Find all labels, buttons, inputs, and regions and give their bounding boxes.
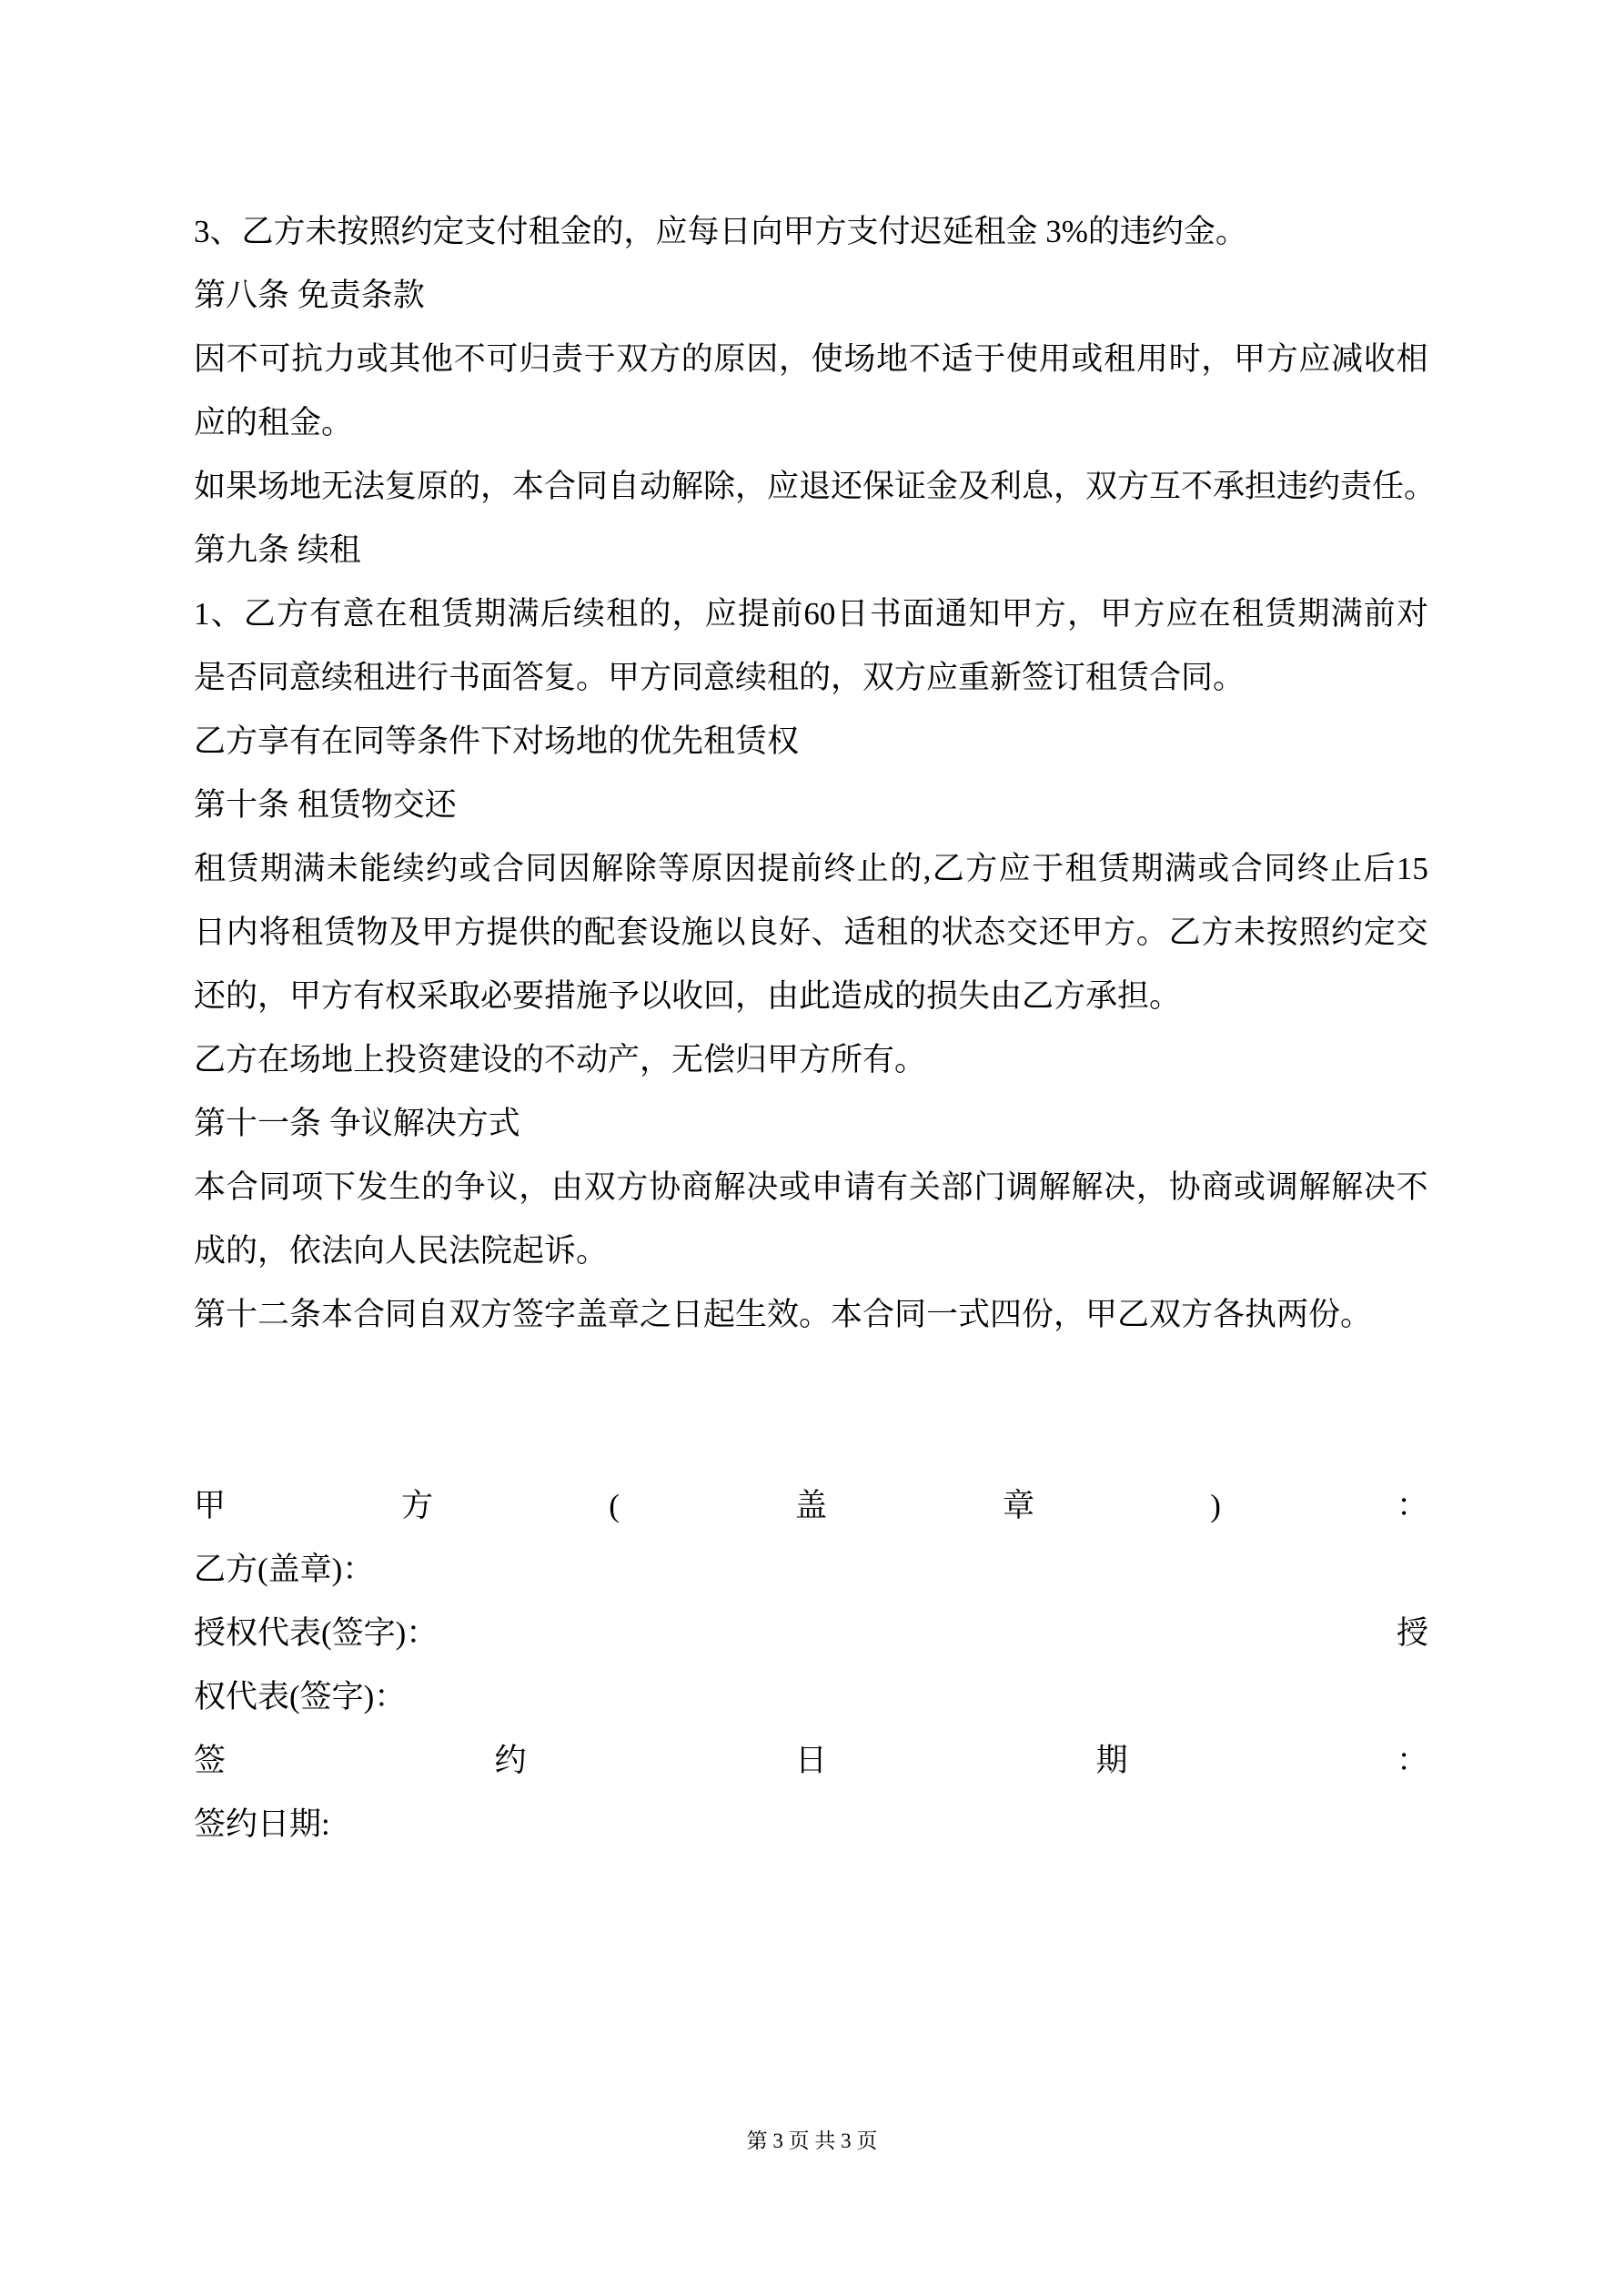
line-token: 对	[1397, 582, 1428, 646]
line-token: 商	[1201, 1156, 1233, 1219]
line-token: 方	[1104, 901, 1135, 965]
line-token: 还	[1039, 901, 1071, 965]
document-line: 应的租金。	[194, 391, 1428, 455]
line-token: 关	[909, 1156, 941, 1219]
line-token: 约	[494, 1729, 526, 1793]
line-token: 1	[194, 582, 210, 646]
line-token: 应	[705, 582, 737, 646]
line-token: 期	[1131, 837, 1163, 901]
line-token: 提	[738, 582, 770, 646]
line-token: 方	[1266, 328, 1298, 391]
line-token: 良	[746, 901, 778, 965]
line-token: 争	[454, 1156, 486, 1219]
document-line: 1、乙方有意在租赁期满后续租的，应提前60日书面通知甲方，甲方应在租赁期满前对	[194, 582, 1428, 646]
document-line: 乙方享有在同等条件下对场地的优先租赁权	[194, 710, 1428, 774]
document-line: 日内将租赁物及甲方提供的配套设施以良好、适租的状态交还甲方。乙方未按照约定交	[194, 901, 1428, 965]
line-token: 。	[1136, 901, 1168, 965]
line-token: 甲	[1071, 901, 1103, 965]
line-token: 协	[1169, 1156, 1201, 1219]
line-token: 交	[1006, 901, 1038, 965]
line-token: 门	[973, 1156, 1005, 1219]
line-token: 授	[1397, 1602, 1428, 1665]
line-token: 配	[584, 901, 616, 965]
line-token: 除	[625, 837, 657, 901]
line-token: 或	[779, 1156, 811, 1219]
line-token: 或	[1197, 837, 1229, 901]
document-line: 第十一条 争议解决方式	[194, 1092, 1428, 1156]
line-token: 在	[1199, 582, 1231, 646]
line-token: 授权代表(签字)：	[194, 1602, 438, 1665]
line-token: 在	[376, 582, 408, 646]
line-token: 盖	[795, 1474, 827, 1538]
line-token: 同	[525, 837, 557, 901]
line-token: 租	[876, 901, 908, 965]
line-token: 赁	[1098, 837, 1130, 901]
line-token: 或	[1234, 1156, 1266, 1219]
line-token: 满	[1331, 582, 1363, 646]
line-token: 书	[870, 582, 902, 646]
line-token: 约	[426, 837, 458, 901]
line-token: 态	[973, 901, 1005, 965]
line-token: 的	[909, 901, 941, 965]
line-token: ，	[519, 1156, 550, 1219]
document-line: 第十条 租赁物交还	[194, 774, 1428, 837]
line-token: 减	[1331, 328, 1363, 391]
document-line: 因不可抗力或其他不可归责于双方的原因，使场地不适于使用或租用时，甲方应减收相	[194, 328, 1428, 391]
line-token: 方	[616, 1156, 648, 1219]
line-token: 因	[746, 328, 778, 391]
line-token: 章	[1003, 1474, 1034, 1538]
line-token: 日	[837, 582, 869, 646]
line-token: 内	[227, 901, 258, 965]
line-token: 力	[324, 328, 356, 391]
line-token: 或	[1071, 328, 1103, 391]
line-token: 双	[616, 328, 648, 391]
document-line: 第十二条本合同自双方签字盖章之日起生效。本合同一式四份，甲乙双方各执两份。	[194, 1283, 1428, 1347]
document-line: 乙方(盖章)：	[194, 1538, 1428, 1602]
line-token: 决	[1364, 1156, 1396, 1219]
line-token: 能	[359, 837, 391, 901]
line-token: 期	[1297, 582, 1329, 646]
page-footer: 第 3 页 共 3 页	[0, 2128, 1624, 2155]
line-token: 解	[1331, 1156, 1363, 1219]
line-token: 签	[194, 1729, 226, 1793]
line-token: 满	[293, 837, 325, 901]
document-line: 还的，甲方有权采取必要措施予以收回，由此造成的损失由乙方承担。	[194, 965, 1428, 1028]
line-token: 应	[999, 837, 1031, 901]
line-token: 因	[724, 837, 756, 901]
line-token: 赁	[1265, 582, 1296, 646]
line-token: 商	[681, 1156, 713, 1219]
line-token: 赁	[227, 837, 258, 901]
document-line: 如果场地无法复原的，本合同自动解除，应退还保证金及利息，双方互不承担违约责任。	[194, 455, 1428, 519]
line-token: 同	[1264, 837, 1296, 901]
line-token: 合	[227, 1156, 258, 1219]
line-token: 可	[258, 328, 290, 391]
line-token: 合	[492, 837, 524, 901]
line-token: 等	[658, 837, 690, 901]
line-token: 甲	[194, 1474, 226, 1538]
line-token: 因	[559, 837, 590, 901]
line-token: 不	[909, 328, 941, 391]
document-line: 授权代表(签字)：授	[194, 1602, 1428, 1665]
line-token: 乙	[1169, 901, 1201, 965]
line-token: 适	[843, 901, 875, 965]
line-token: 后	[1363, 837, 1395, 901]
line-token: 15	[1397, 837, 1428, 901]
line-token: ,	[923, 837, 932, 901]
line-token: 好	[779, 901, 811, 965]
line-token: 满	[508, 582, 540, 646]
line-token: ，	[779, 328, 811, 391]
document-line: 签约日期：	[194, 1729, 1428, 1793]
line-token: 乙	[244, 582, 276, 646]
line-token: 60	[803, 582, 835, 646]
line-token: 本	[194, 1156, 226, 1219]
line-token: 乙	[933, 837, 964, 901]
line-token: 续	[393, 837, 425, 901]
line-token: 前	[791, 837, 822, 901]
line-token: 申	[812, 1156, 843, 1219]
line-token: 物	[357, 901, 388, 965]
document-line: 本合同项下发生的争议，由双方协商解决或申请有关部门调解解决，协商或调解解决不	[194, 1156, 1428, 1219]
line-token: 及	[388, 901, 420, 965]
line-token: 面	[903, 582, 934, 646]
blank-line	[194, 1347, 1428, 1411]
line-token: 的	[890, 837, 922, 901]
line-token: 合	[1231, 837, 1263, 901]
line-token: 设	[649, 901, 681, 965]
line-token: 租	[606, 582, 638, 646]
line-token: 发	[357, 1156, 388, 1219]
line-token: 下	[324, 1156, 356, 1219]
line-token: 、	[812, 901, 843, 965]
line-token: 、	[211, 582, 243, 646]
line-token: 赁	[324, 901, 356, 965]
document-line: 是否同意续租进行书面答复。甲方同意续租的，双方应重新签订租赁合同。	[194, 646, 1428, 710]
line-token: 期	[260, 837, 292, 901]
line-token: ，	[672, 582, 704, 646]
document-line: 第九条 续租	[194, 519, 1428, 582]
line-token: 请	[843, 1156, 875, 1219]
line-token: 方	[1201, 901, 1233, 965]
line-token: 或	[357, 328, 388, 391]
line-token: 相	[1397, 328, 1428, 391]
line-token: 他	[421, 328, 453, 391]
line-token: 的	[639, 582, 671, 646]
line-token: 甲	[1234, 328, 1266, 391]
document-line: 3、乙方未按照约定支付租金的，应每日向甲方支付迟延租金 3%的违约金。	[194, 200, 1428, 264]
line-token: 议	[486, 1156, 518, 1219]
line-token: 决	[746, 1156, 778, 1219]
line-token: 套	[616, 901, 648, 965]
line-token: 施	[681, 901, 713, 965]
document-line: 成的，依法向人民法院起诉。	[194, 1219, 1428, 1283]
line-token: 解	[1071, 1156, 1103, 1219]
line-token: 调	[1266, 1156, 1298, 1219]
line-token: 租	[409, 582, 440, 646]
line-token: 场	[843, 328, 875, 391]
document-line: 乙方在场地上投资建设的不动产，无偿归甲方所有。	[194, 1028, 1428, 1092]
line-token: 将	[258, 901, 290, 965]
line-token: 解	[714, 1156, 746, 1219]
line-token: 于	[973, 328, 1005, 391]
line-token: 知	[968, 582, 1000, 646]
line-token: 意	[343, 582, 375, 646]
line-token: 双	[584, 1156, 616, 1219]
line-token: ：	[1397, 1729, 1428, 1793]
document-line: 甲方(盖章)：	[194, 1474, 1428, 1538]
line-token: 前	[771, 582, 802, 646]
line-token: 的	[681, 328, 713, 391]
line-token: 方	[277, 582, 308, 646]
line-token: 满	[1165, 837, 1196, 901]
line-token: 以	[714, 901, 746, 965]
line-token: 不	[454, 328, 486, 391]
line-token: 期	[474, 582, 506, 646]
line-token: 归	[519, 328, 550, 391]
line-token: 原	[714, 328, 746, 391]
line-token: 租	[194, 837, 226, 901]
line-token: 方	[649, 328, 681, 391]
line-token: 或	[459, 837, 491, 901]
line-token: 提	[757, 837, 789, 901]
line-token: 方	[1133, 582, 1165, 646]
line-token: 决	[1104, 1156, 1135, 1219]
line-token: 应	[1166, 582, 1198, 646]
line-token: 止	[857, 837, 889, 901]
line-token: 使	[812, 328, 843, 391]
line-token: 照	[1298, 901, 1330, 965]
line-token: (	[609, 1474, 620, 1538]
line-token: 不	[227, 328, 258, 391]
line-token: 解	[591, 837, 623, 901]
line-token: 的	[421, 1156, 453, 1219]
line-token: 交	[1397, 901, 1428, 965]
line-token: ：	[1397, 1474, 1428, 1538]
line-token: 时	[1169, 328, 1201, 391]
line-token: 方	[454, 901, 486, 965]
document-line: 权代表(签字)：	[194, 1665, 1428, 1729]
line-token: 可	[486, 328, 518, 391]
line-token: 有	[876, 1156, 908, 1219]
line-token: 终	[823, 837, 855, 901]
line-token: 地	[876, 328, 908, 391]
line-token: 状	[942, 901, 973, 965]
line-token: 于	[1032, 837, 1064, 901]
contract-page-body: 3、乙方未按照约定支付租金的，应每日向甲方支付迟延租金 3%的违约金。第八条 免…	[194, 200, 1428, 1856]
document-line: 第八条 免责条款	[194, 264, 1428, 328]
line-token: 终	[1297, 837, 1329, 901]
line-token: 因	[194, 328, 226, 391]
line-token: 通	[935, 582, 967, 646]
line-token: 定	[1364, 901, 1396, 965]
line-token: 日	[194, 901, 226, 965]
line-token: 提	[486, 901, 518, 965]
line-token: 租	[1065, 837, 1097, 901]
line-token: 协	[649, 1156, 681, 1219]
line-token: 方	[1034, 582, 1066, 646]
line-token: 原	[691, 837, 723, 901]
blank-line	[194, 1411, 1428, 1474]
line-token: 租	[1232, 582, 1264, 646]
line-token: 租	[1104, 328, 1135, 391]
line-token: 未	[327, 837, 358, 901]
line-token: 甲	[1100, 582, 1132, 646]
line-token: 有	[309, 582, 341, 646]
line-token: 适	[942, 328, 973, 391]
line-token: 项	[291, 1156, 323, 1219]
line-token: ，	[1067, 582, 1099, 646]
line-token: 供	[519, 901, 550, 965]
line-token: 使	[1006, 328, 1038, 391]
line-token: 租	[291, 901, 323, 965]
line-token: 前	[1364, 582, 1396, 646]
line-token: 赁	[441, 582, 473, 646]
line-token: 期	[1095, 1729, 1127, 1793]
line-token: )	[1210, 1474, 1221, 1538]
line-token: 续	[573, 582, 605, 646]
line-token: 应	[1298, 328, 1330, 391]
line-token: 于	[584, 328, 616, 391]
line-token: 用	[1039, 328, 1071, 391]
line-token: 未	[1234, 901, 1266, 965]
line-token: 方	[401, 1474, 433, 1538]
document-line: 签约日期:	[194, 1793, 1428, 1856]
line-token: 调	[1006, 1156, 1038, 1219]
line-token: 部	[942, 1156, 973, 1219]
line-token: 按	[1266, 901, 1298, 965]
line-token: 抗	[291, 328, 323, 391]
line-token: 不	[1397, 1156, 1428, 1219]
line-token: 由	[551, 1156, 583, 1219]
line-token: 约	[1331, 901, 1363, 965]
document-line: 租赁期满未能续约或合同因解除等原因提前终止的,乙方应于租赁期满或合同终止后15	[194, 837, 1428, 901]
line-token: ，	[1136, 1156, 1168, 1219]
line-token: 后	[540, 582, 572, 646]
line-token: ，	[1201, 328, 1233, 391]
line-token: 止	[1330, 837, 1362, 901]
line-token: 甲	[421, 901, 453, 965]
line-token: 生	[388, 1156, 420, 1219]
line-token: 甲	[1002, 582, 1034, 646]
line-token: 的	[551, 901, 583, 965]
line-token: 责	[551, 328, 583, 391]
line-token: 同	[258, 1156, 290, 1219]
line-token: 解	[1298, 1156, 1330, 1219]
line-token: 解	[1039, 1156, 1071, 1219]
line-token: 收	[1364, 328, 1396, 391]
line-token: 日	[795, 1729, 827, 1793]
line-token: 方	[965, 837, 997, 901]
line-token: 用	[1136, 328, 1168, 391]
line-token: 其	[388, 328, 420, 391]
